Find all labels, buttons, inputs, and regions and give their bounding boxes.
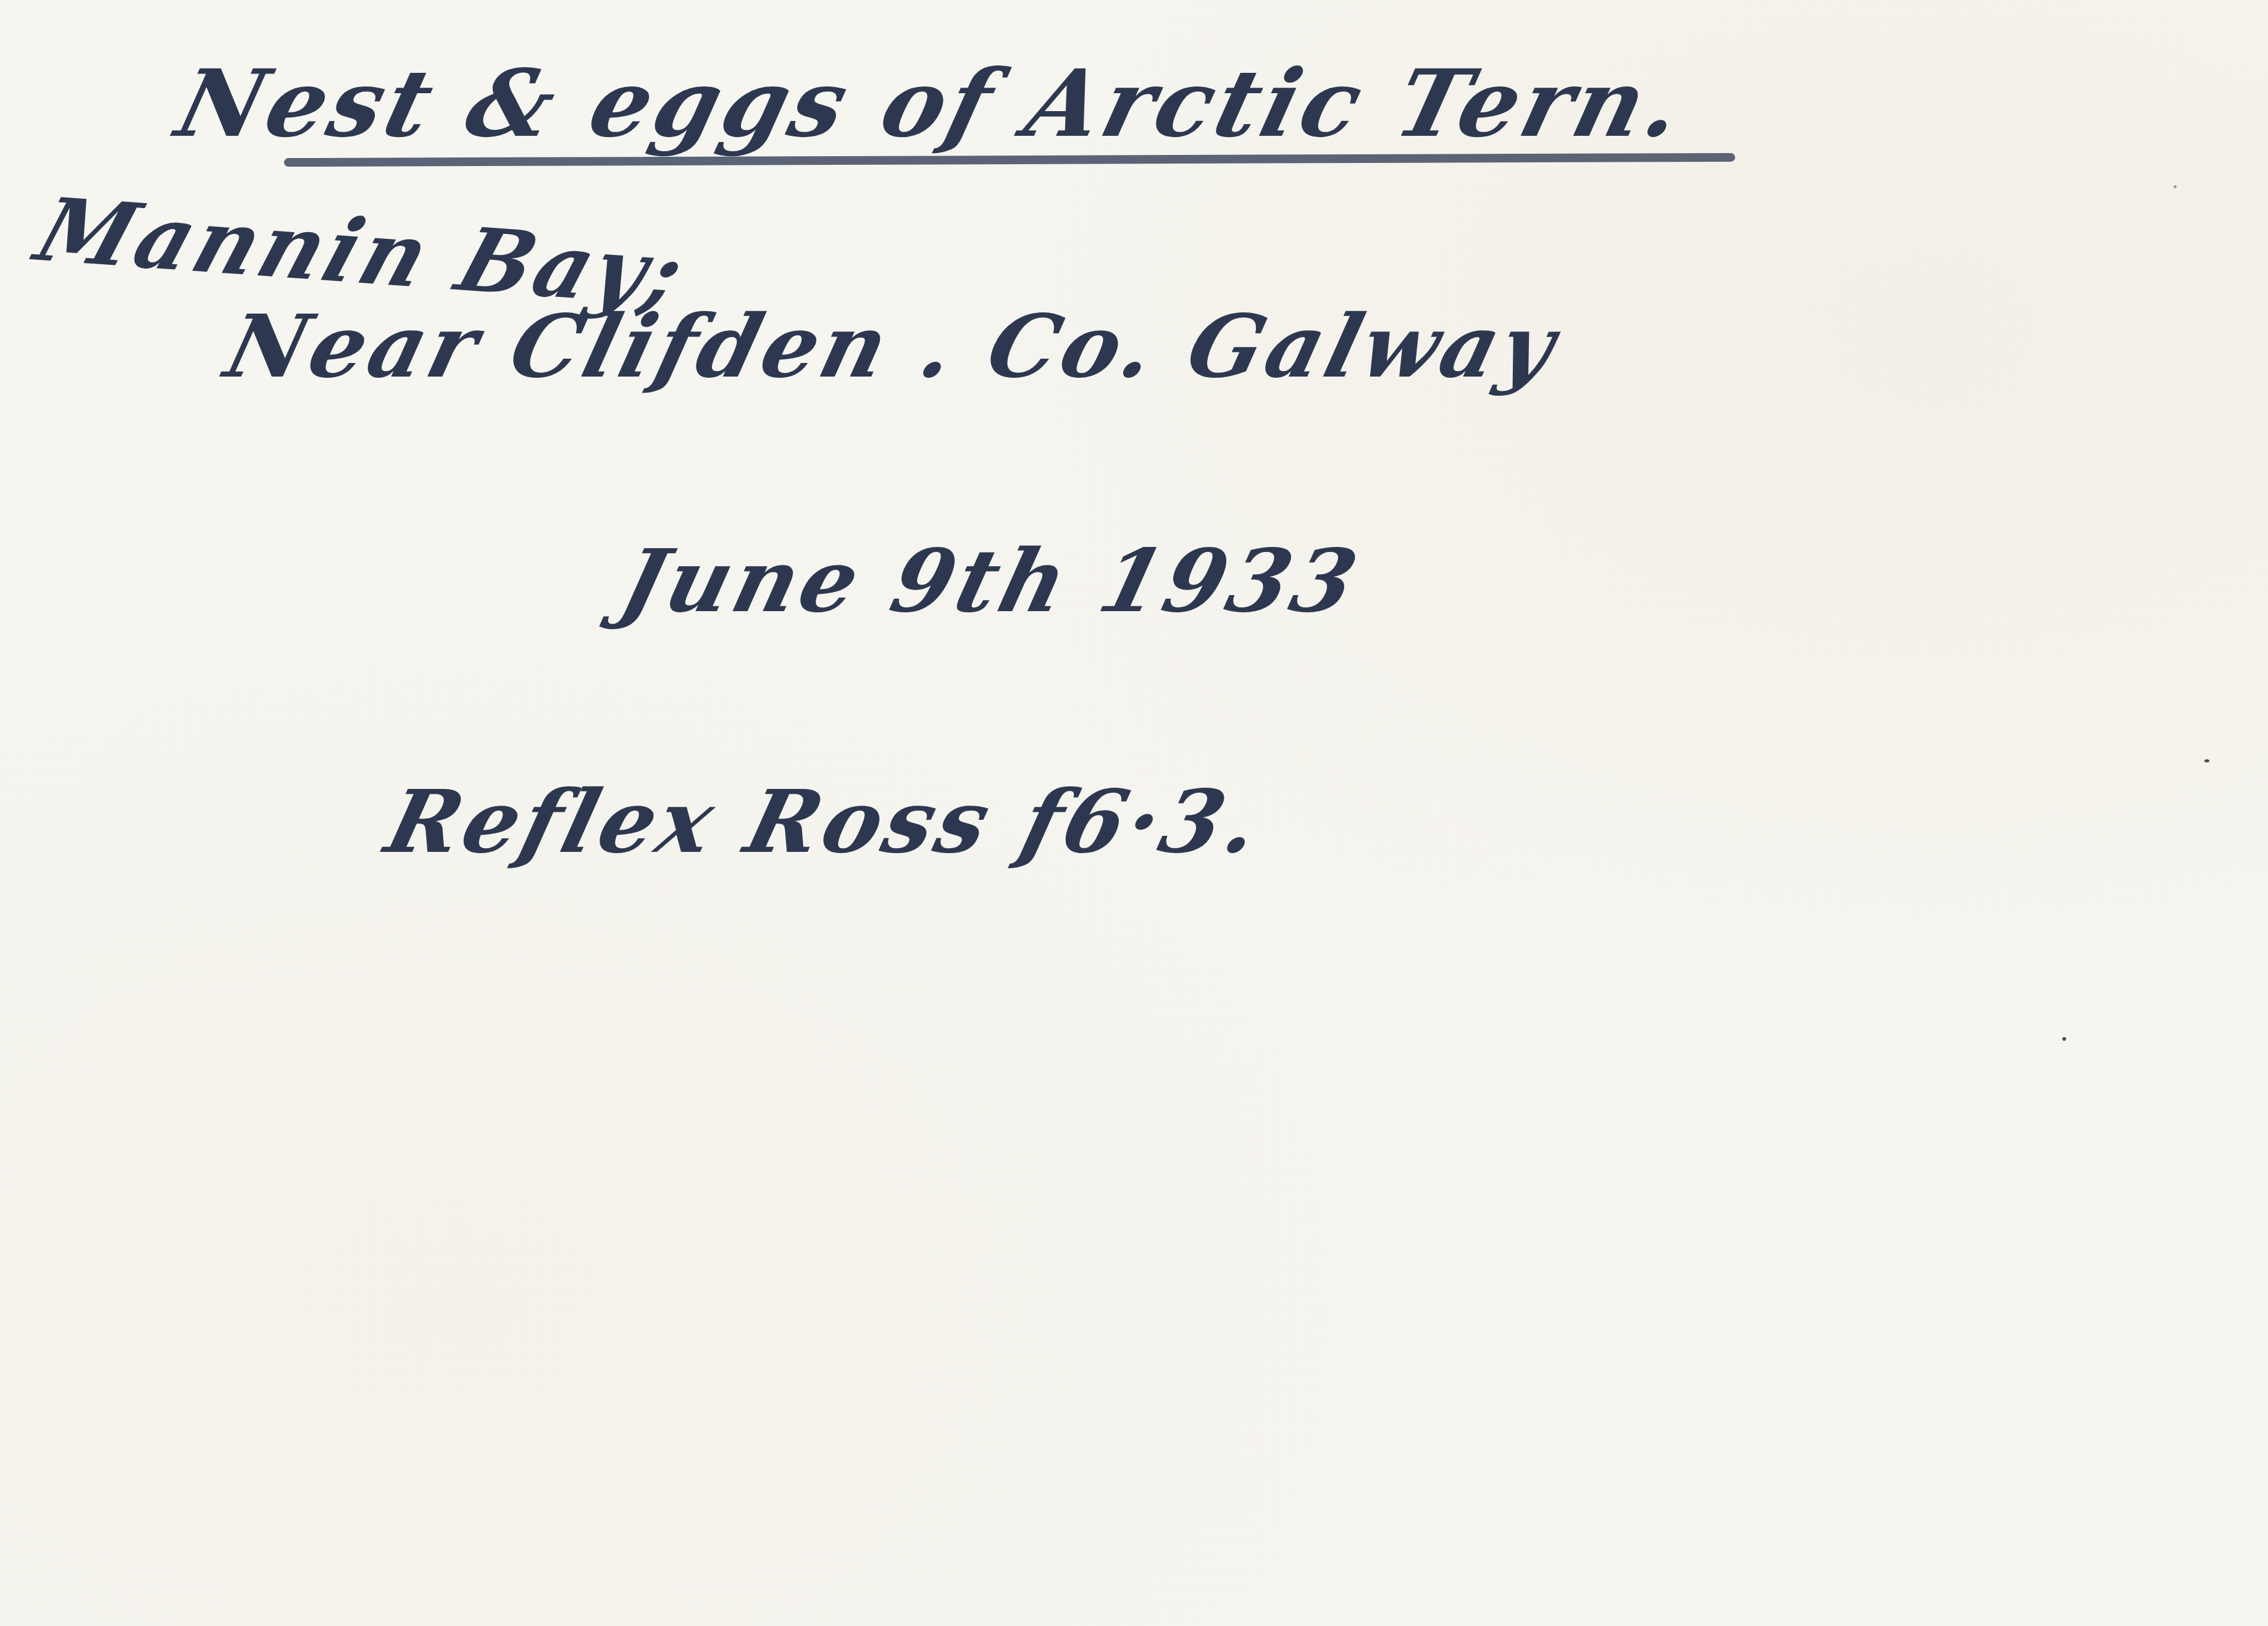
handwritten-camera-notes: Reflex Ross f6·3.: [377, 772, 1273, 873]
paper-speck: [2062, 1037, 2066, 1041]
paper-speck: [2174, 185, 2177, 188]
handwritten-location-town: Near Clifden . Co. Galway: [216, 296, 1568, 398]
handwritten-title: Nest & eggs of Arctic Tern.: [167, 49, 1696, 158]
handwritten-date: June 9th 1933: [611, 531, 1370, 632]
paper-speck: [2204, 759, 2209, 762]
